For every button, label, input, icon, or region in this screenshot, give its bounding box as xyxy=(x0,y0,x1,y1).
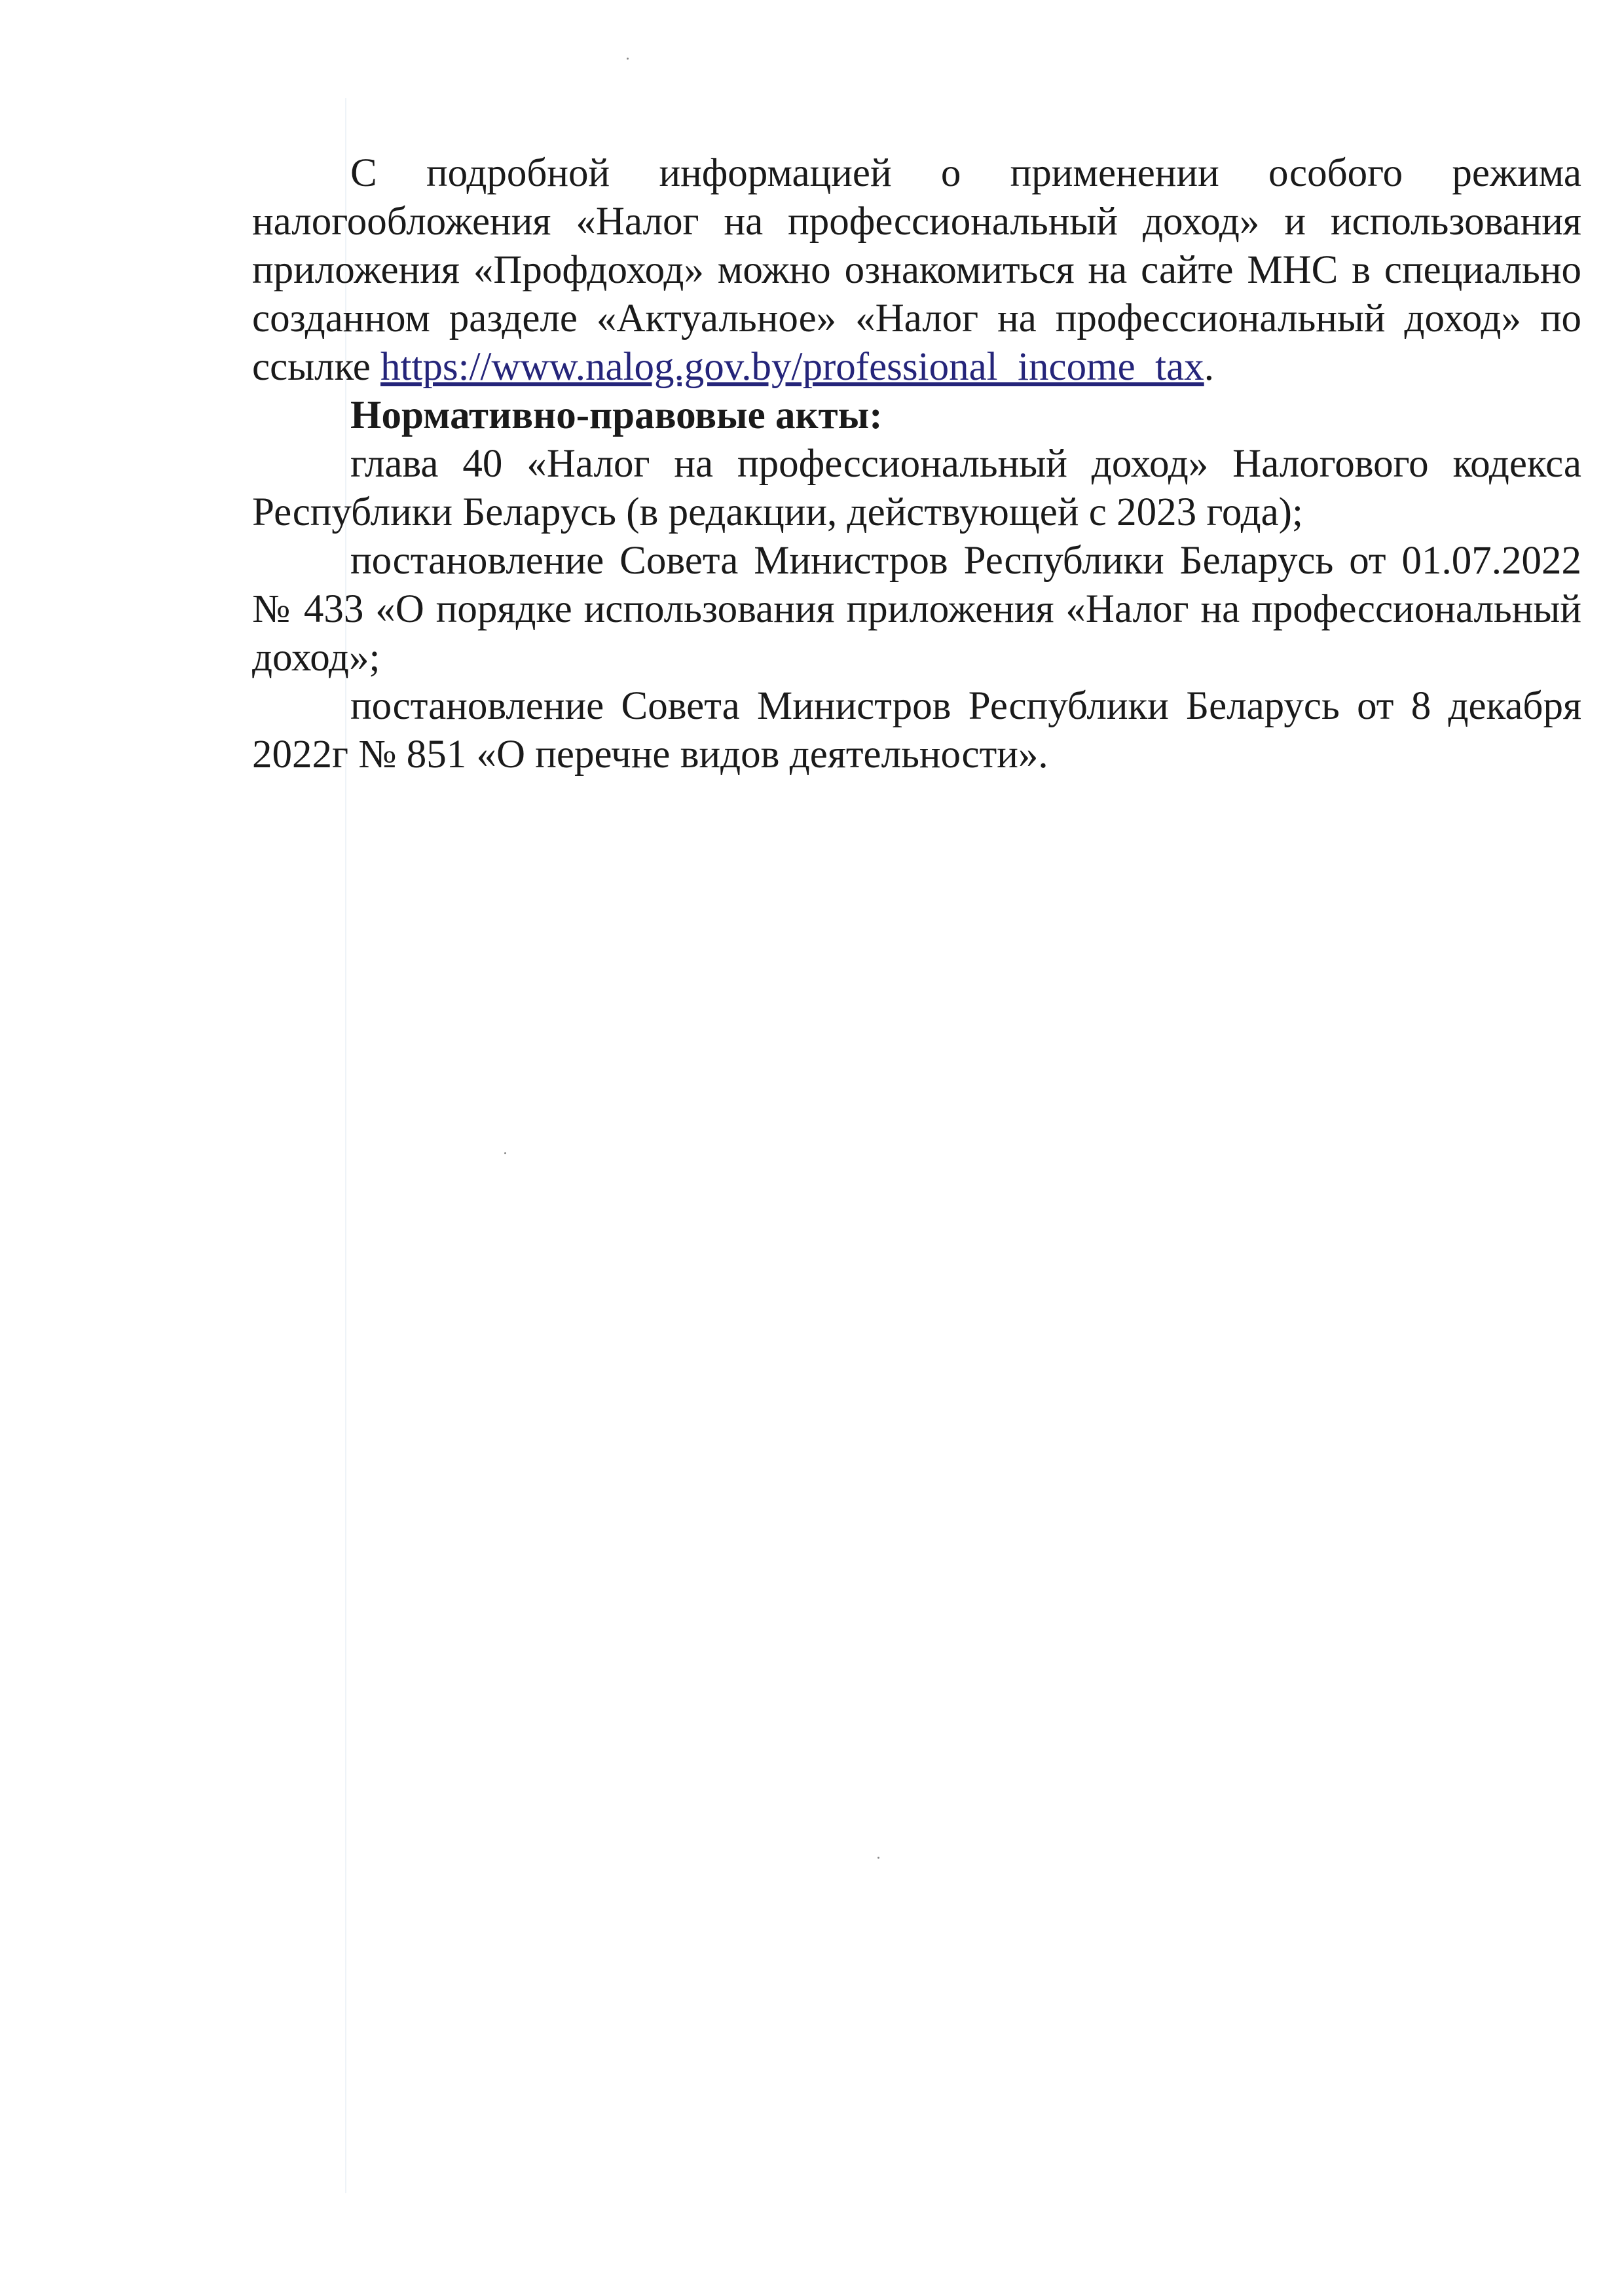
scan-speck xyxy=(504,1152,506,1154)
scan-speck xyxy=(627,58,629,60)
nalog-link[interactable]: https://www.nalog.gov.by/professional_in… xyxy=(380,345,1204,389)
act-item: глава 40 «Налог на профессиональный дохо… xyxy=(252,440,1581,537)
act-item: постановление Совета Министров Республик… xyxy=(252,682,1581,779)
acts-heading: Нормативно-правовые акты: xyxy=(252,392,1581,440)
document-page: С подробной информацией о применении осо… xyxy=(252,149,1581,779)
act-item: постановление Совета Министров Республик… xyxy=(252,537,1581,682)
scan-speck xyxy=(877,1857,879,1859)
intro-text-end: . xyxy=(1204,345,1214,389)
intro-paragraph: С подробной информацией о применении осо… xyxy=(252,149,1581,392)
